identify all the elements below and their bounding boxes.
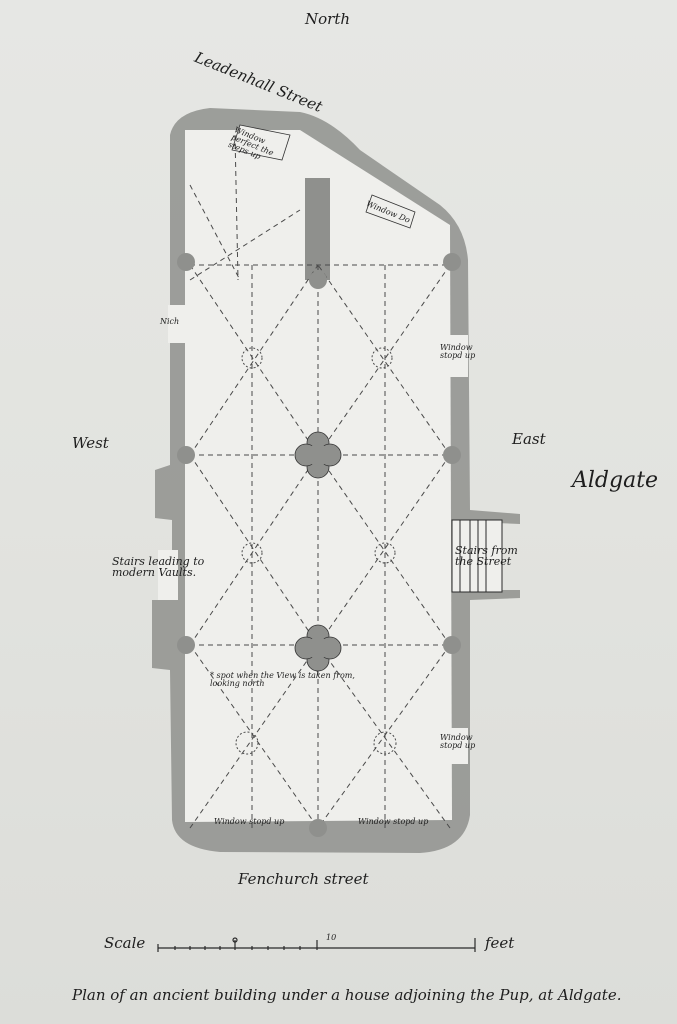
scale-label: Scale	[104, 936, 145, 951]
scale-bar	[158, 938, 475, 952]
plan-title: Plan of an ancient building under a hous…	[72, 988, 621, 1003]
label-window-east-upper: Window stopd up	[440, 344, 488, 360]
compass-west: West	[72, 436, 109, 451]
scale-mid-mark: 10	[326, 934, 336, 942]
compass-north: North	[305, 12, 350, 27]
scale-unit: feet	[485, 936, 514, 951]
label-window-south-right: Window stopd up	[358, 818, 428, 826]
compass-east: East	[512, 432, 546, 447]
label-stairs-east: Stairs from the Street	[455, 545, 535, 567]
label-view-spot: * spot when the View is taken from, look…	[210, 672, 355, 688]
label-stairs-west: Stairs leading to modern Vaults.	[112, 556, 230, 578]
label-window-east-lower: Window stopd up	[440, 734, 484, 750]
label-niche: Nich	[160, 318, 179, 326]
label-window-south-left: Window stopd up	[214, 818, 284, 826]
street-fenchurch: Fenchurch street	[238, 872, 369, 887]
area-aldgate: Aldgate	[572, 470, 658, 492]
